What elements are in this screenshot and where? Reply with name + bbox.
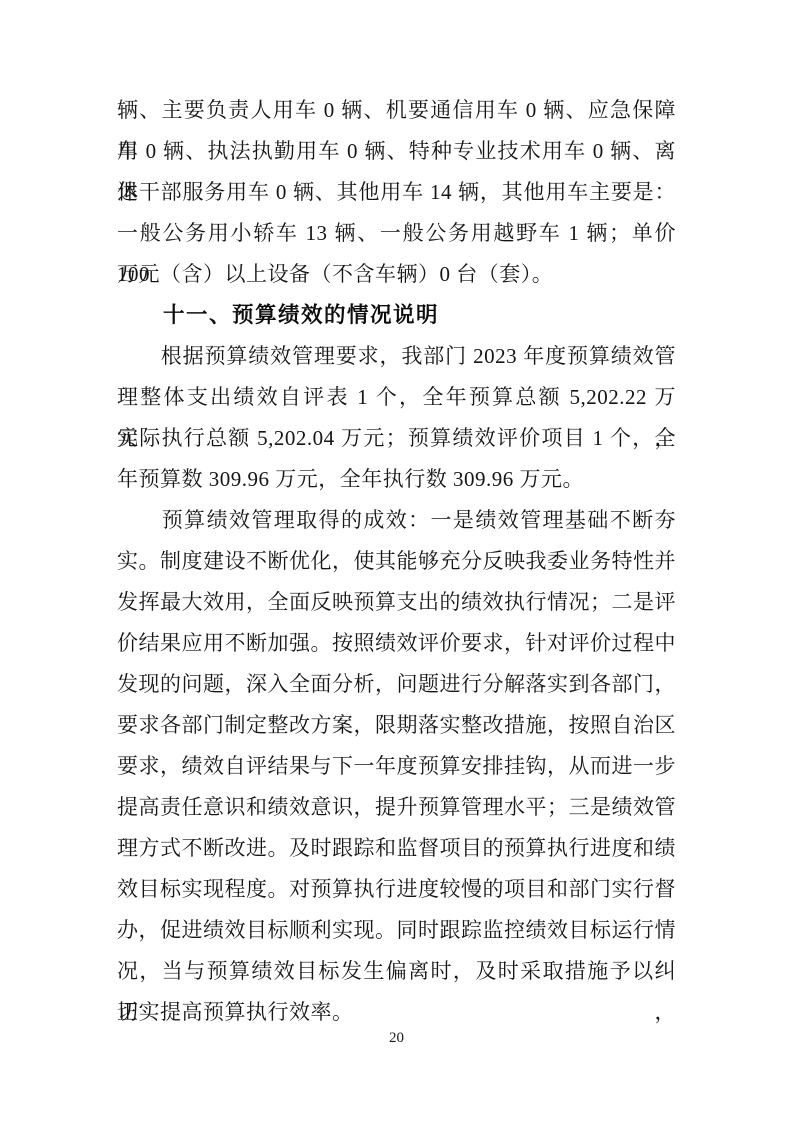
page-number: 20 [0, 1030, 793, 1047]
paragraph-budget-performance-overview: 根据预算绩效管理要求，我部门 2023 年度预算绩效管理整体支出绩效自评表 1 … [117, 336, 676, 500]
text-line: 要求各部门制定整改方案，限期落实整改措施，按照自治区 [117, 705, 676, 746]
section-heading-11: 十一、预算绩效的情况说明 [117, 295, 676, 336]
text-line: 车 0 辆、执法执勤用车 0 辆、特种专业技术用车 0 辆、离退 [117, 131, 676, 172]
document-page: 辆、主要负责人用车 0 辆、机要通信用车 0 辆、应急保障用车 0 辆、执法执勤… [0, 0, 793, 1122]
text-line: 发现的问题，深入全面分析，问题进行分解落实到各部门， [117, 664, 676, 705]
text-line: 实际执行总额 5,202.04 万元；预算绩效评价项目 1 个，全 [117, 418, 676, 459]
text-line: 预算绩效管理取得的成效：一是绩效管理基础不断夯 [117, 500, 676, 541]
paragraph-performance-achievements: 预算绩效管理取得的成效：一是绩效管理基础不断夯实。制度建设不断优化，使其能够充分… [117, 500, 676, 1033]
text-line: 况，当与预算绩效目标发生偏离时，及时采取措施予以纠正， [117, 951, 676, 992]
text-line: 要求，绩效自评结果与下一年度预算安排挂钩，从而进一步 [117, 746, 676, 787]
document-body: 辆、主要负责人用车 0 辆、机要通信用车 0 辆、应急保障用车 0 辆、执法执勤… [117, 90, 676, 1033]
text-line: 提高责任意识和绩效意识，提升预算管理水平；三是绩效管 [117, 787, 676, 828]
text-line: 理方式不断改进。及时跟踪和监督项目的预算执行进度和绩 [117, 828, 676, 869]
text-line: 根据预算绩效管理要求，我部门 2023 年度预算绩效管 [117, 336, 676, 377]
text-line: 办，促进绩效目标顺利实现。同时跟踪监控绩效目标运行情 [117, 910, 676, 951]
heading-text-line: 十一、预算绩效的情况说明 [117, 295, 676, 336]
text-line: 理整体支出绩效自评表 1 个，全年预算总额 5,202.22 万元， [117, 377, 676, 418]
text-line: 年预算数 309.96 万元，全年执行数 309.96 万元。 [117, 459, 676, 500]
text-line: 一般公务用小轿车 13 辆、一般公务用越野车 1 辆；单价 100 [117, 213, 676, 254]
text-line: 发挥最大效用，全面反映预算支出的绩效执行情况；二是评 [117, 582, 676, 623]
text-line: 万元（含）以上设备（不含车辆）0 台（套）。 [117, 254, 676, 295]
text-line: 价结果应用不断加强。按照绩效评价要求，针对评价过程中 [117, 623, 676, 664]
text-line: 效目标实现程度。对预算执行进度较慢的项目和部门实行督 [117, 869, 676, 910]
text-line: 实。制度建设不断优化，使其能够充分反映我委业务特性并 [117, 541, 676, 582]
text-line: 休干部服务用车 0 辆、其他用车 14 辆，其他用车主要是： [117, 172, 676, 213]
paragraph-vehicles-continuation: 辆、主要负责人用车 0 辆、机要通信用车 0 辆、应急保障用车 0 辆、执法执勤… [117, 90, 676, 295]
text-line: 辆、主要负责人用车 0 辆、机要通信用车 0 辆、应急保障用 [117, 90, 676, 131]
